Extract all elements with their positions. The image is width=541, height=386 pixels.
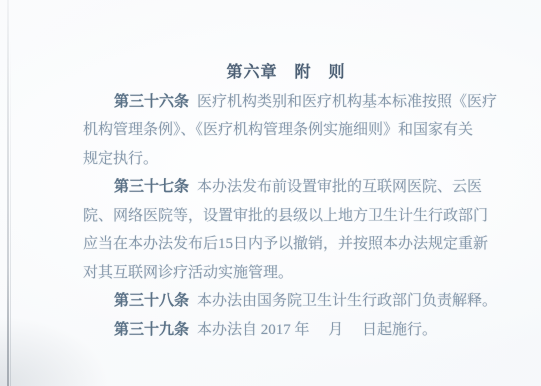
document-content: 第六章 附 则 第三十六条医疗机构类别和医疗机构基本标准按照《医疗 机构管理条例… [83,59,489,344]
article-37-line-4: 对其互联网诊疗活动实施管理。 [83,259,489,288]
article-38-text: 本办法由国务院卫生计生行政部门负责解释。 [197,293,497,309]
article-36-line-1: 第三十六条医疗机构类别和医疗机构基本标准按照《医疗 [83,88,489,117]
article-37-line-1: 第三十七条本办法发布前设置审批的互联网医院、云医 [83,173,489,202]
article-38-number: 第三十八条 [114,293,189,309]
article-36-line-2: 机构管理条例》、《医疗机构管理条例实施细则》和国家有关 [83,116,489,145]
article-37-text-4: 对其互联网诊疗活动实施管理。 [83,265,293,281]
article-36-text-3: 规定执行。 [83,151,158,167]
article-39-text: 本办法自 2017 年 月 日起施行。 [197,322,437,338]
article-37-text-3: 应当在本办法发布后15日内予以撤销，并按照本办法规定重新 [83,236,488,252]
article-36-line-3: 规定执行。 [83,145,489,174]
article-38-line: 第三十八条本办法由国务院卫生计生行政部门负责解释。 [83,287,489,316]
article-36-text-2: 机构管理条例》、《医疗机构管理条例实施细则》和国家有关 [83,122,473,138]
chapter-title: 第六章 附 则 [83,59,489,88]
article-39-line: 第三十九条本办法自 2017 年 月 日起施行。 [83,316,489,345]
article-39-number: 第三十九条 [114,322,189,338]
article-36-text-1: 医疗机构类别和医疗机构基本标准按照《医疗 [197,94,497,110]
article-37-text-1: 本办法发布前设置审批的互联网医院、云医 [197,179,482,195]
article-37-number: 第三十七条 [114,179,189,195]
article-37-line-3: 应当在本办法发布后15日内予以撤销，并按照本办法规定重新 [83,230,489,259]
article-37-line-2: 院、网络医院等，设置审批的县级以上地方卫生计生行政部门 [83,202,489,231]
scanned-document-page: 第六章 附 则 第三十六条医疗机构类别和医疗机构基本标准按照《医疗 机构管理条例… [0,0,541,386]
article-37-text-2: 院、网络医院等，设置审批的县级以上地方卫生计生行政部门 [83,208,488,224]
article-36-number: 第三十六条 [114,94,189,110]
